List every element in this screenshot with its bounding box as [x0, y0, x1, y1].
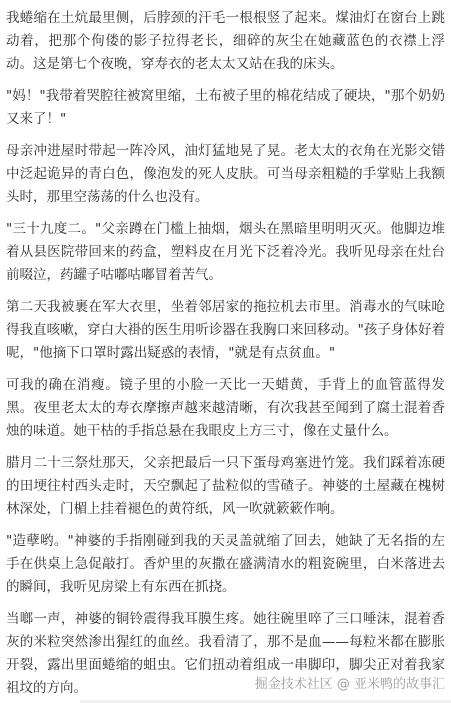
story-article: 我蜷缩在土炕最里侧，后脖颈的汗毛一根根竖了起来。煤油灯在窗台上跳动着，把那个佝偻…: [0, 0, 451, 703]
story-paragraph: "造孽哟。"神婆的手指刚碰到我的天灵盖就缩了回去，她缺了无名指的左手在供桌上急促…: [6, 530, 445, 599]
story-paragraph: 腊月二十三祭灶那天，父亲把最后一只下蛋母鸡塞进竹笼。我们踩着冻硬的田埂往村西头走…: [6, 452, 445, 521]
story-page: { "page": { "background_color": "#ffffff…: [0, 0, 451, 703]
story-paragraph: 第二天我被裹在军大衣里，坐着邻居家的拖拉机去市里。消毒水的气味呛得我直咳嗽，穿白…: [6, 296, 445, 365]
story-paragraph: 母亲冲进屋时带起一阵冷风，油灯猛地晃了晃。老太太的衣角在光影交错中泛起诡异的青白…: [6, 140, 445, 209]
story-paragraph: 我蜷缩在土炕最里侧，后脖颈的汗毛一根根竖了起来。煤油灯在窗台上跳动着，把那个佝偻…: [6, 7, 445, 76]
watermark: 掘金技术社区 @ 亚米鸭的故事汇: [251, 677, 445, 693]
story-paragraph: 可我的确在消瘦。镜子里的小脸一天比一天蜡黄，手背上的血管蓝得发黑。夜里老太太的寿…: [6, 374, 445, 443]
story-paragraph: "三十九度二。"父亲蹲在门槛上抽烟，烟头在黑暗里明明灭灭。他脚边堆着从县医院带回…: [6, 218, 445, 287]
story-paragraph: "妈！"我带着哭腔往被窝里缩，土布被子里的棉花结成了硬块，"那个奶奶又来了！": [6, 85, 445, 131]
